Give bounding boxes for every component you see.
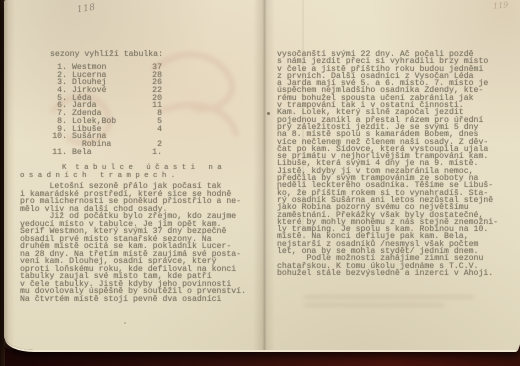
table-row: 9. Libuše 4 (52, 126, 162, 134)
days-count: 4 (141, 126, 162, 134)
right-page-text: vysočanští svými 22 dny. Ač počali pozdě… (277, 51, 498, 277)
paragraph-2: Již od počátku bylo zřejmo, kdo zaujme v… (20, 213, 246, 303)
page-number-right: 119 (493, 0, 509, 10)
table-row: 8. Lolek,Bob 5 (52, 118, 162, 126)
book-photo: 118 sezony vyhlíží tabulka: 1. Westmon 3… (0, 0, 520, 366)
rank-number: 10. (52, 133, 67, 141)
table-row: 6. Jarda 11 (52, 102, 162, 110)
ink-bleed-mark (304, 295, 474, 299)
paper-speck (124, 322, 126, 324)
text-line: bohužel stále bezvýsledně a inzerci v Ah… (277, 270, 498, 277)
rank-number: 11. (52, 149, 67, 157)
days-count: 1. (141, 149, 162, 157)
table-row: 4. Jirkové 22 (52, 87, 162, 95)
table-row: 2. Lucerna 28 (52, 72, 162, 80)
section-heading-line1: K t a b u l c e ú č a s t i n a (62, 164, 222, 172)
table-row: 3. Dlouhej 26 (52, 79, 162, 87)
paper-speck (267, 112, 270, 115)
paper-speck (277, 187, 279, 189)
page-number-left: 118 (76, 3, 96, 16)
season-ranking-table: 1. Westmon 37 2. Lucerna 28 3. Dlouhej 2… (52, 64, 162, 156)
gutter-shadow (253, 0, 275, 350)
table-row: 11. Bela 1. (52, 149, 162, 157)
table-intro-line: sezony vyhlíží tabulka: (50, 50, 163, 59)
section-heading-line2: o s a d n í c h t r a m p e c h . (20, 172, 175, 180)
paragraph-1: Letošní sezoně přálo jak počasí tak i ka… (20, 183, 241, 213)
camper-name: Bela (67, 149, 141, 157)
ink-bleed-mark (304, 303, 444, 307)
table-row: Robina 2 (52, 141, 162, 149)
text-line: Na čtvrtém místě stojí pevně dva osadníc… (20, 296, 246, 304)
table-row: 5. Léda 20 (52, 95, 162, 103)
book-pages: 118 sezony vyhlíží tabulka: 1. Westmon 3… (4, 0, 520, 350)
table-row: 1. Westmon 37 (52, 64, 162, 72)
